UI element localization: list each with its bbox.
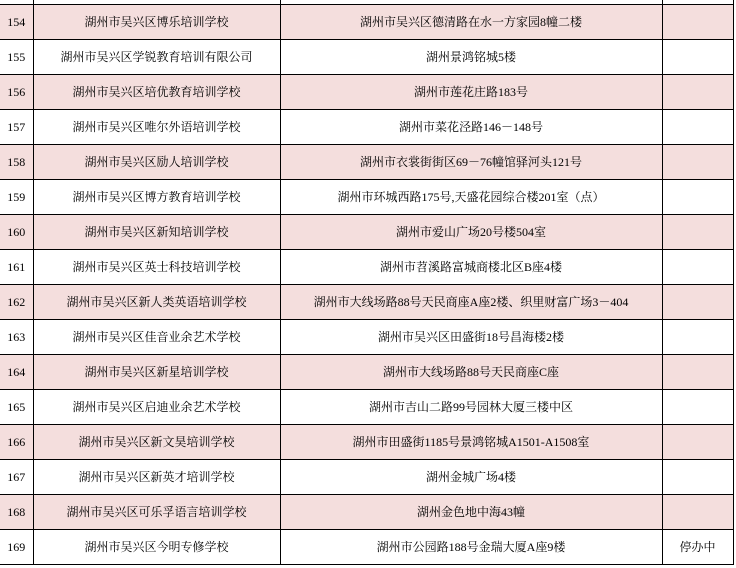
school-name-cell: 湖州市吴兴区学锐教育培训有限公司 [33, 40, 280, 75]
row-number-cell: 164 [0, 355, 33, 390]
row-number-cell: 168 [0, 495, 33, 530]
status-cell [662, 390, 733, 425]
row-number-cell: 166 [0, 425, 33, 460]
address-cell: 湖州市吴兴区德清路在水一方家园8幢二楼 [280, 5, 662, 40]
table-row: 168湖州市吴兴区可乐孚语言培训学校湖州金色地中海43幢 [0, 495, 733, 530]
address-cell: 湖州市苕溪路富城商楼北区B座4楼 [280, 250, 662, 285]
address-cell: 湖州金色地中海43幢 [280, 495, 662, 530]
table-row: 160湖州市吴兴区新知培训学校湖州市爱山广场20号楼504室 [0, 215, 733, 250]
status-cell [662, 5, 733, 40]
address-cell: 湖州市莲花庄路183号 [280, 75, 662, 110]
school-name-cell: 湖州市吴兴区唯尔外语培训学校 [33, 110, 280, 145]
table-row: 157湖州市吴兴区唯尔外语培训学校湖州市菜花泾路146－148号 [0, 110, 733, 145]
school-name-cell: 湖州市吴兴区新星培训学校 [33, 355, 280, 390]
table-row: 159湖州市吴兴区博方教育培训学校湖州市环城西路175号,天盛花园综合楼201室… [0, 180, 733, 215]
table-row: 156湖州市吴兴区培优教育培训学校湖州市莲花庄路183号 [0, 75, 733, 110]
status-cell [662, 40, 733, 75]
school-name-cell: 湖州市吴兴区励人培训学校 [33, 145, 280, 180]
school-name-cell: 湖州市吴兴区新知培训学校 [33, 215, 280, 250]
address-cell: 湖州市田盛街1185号景鸿铭城A1501-A1508室 [280, 425, 662, 460]
table-row: 165湖州市吴兴区启迪业余艺术学校湖州市吉山二路99号园林大厦三楼中区 [0, 390, 733, 425]
school-name-cell: 湖州市吴兴区可乐孚语言培训学校 [33, 495, 280, 530]
row-number-cell: 155 [0, 40, 33, 75]
status-cell [662, 460, 733, 495]
table-row: 154湖州市吴兴区博乐培训学校湖州市吴兴区德清路在水一方家园8幢二楼 [0, 5, 733, 40]
school-name-cell: 湖州市吴兴区新英才培训学校 [33, 460, 280, 495]
row-number-cell: 162 [0, 285, 33, 320]
status-cell [662, 145, 733, 180]
address-cell: 湖州市吉山二路99号园林大厦三楼中区 [280, 390, 662, 425]
row-number-cell: 169 [0, 530, 33, 565]
address-cell: 湖州市衣裳街街区69－76幢馆驿河头121号 [280, 145, 662, 180]
table-body: 154湖州市吴兴区博乐培训学校湖州市吴兴区德清路在水一方家园8幢二楼155湖州市… [0, 0, 733, 565]
status-cell [662, 355, 733, 390]
school-name-cell: 湖州市吴兴区博乐培训学校 [33, 5, 280, 40]
table-row: 164湖州市吴兴区新星培训学校湖州市大线场路88号天民商座C座 [0, 355, 733, 390]
status-cell [662, 215, 733, 250]
address-cell: 湖州市公园路188号金瑞大厦A座9楼 [280, 530, 662, 565]
table-row: 162湖州市吴兴区新人类英语培训学校湖州市大线场路88号天民商座A座2楼、织里财… [0, 285, 733, 320]
address-cell: 湖州市菜花泾路146－148号 [280, 110, 662, 145]
address-cell: 湖州景鸿铭城5楼 [280, 40, 662, 75]
address-cell: 湖州市大线场路88号天民商座A座2楼、织里财富广场3－404 [280, 285, 662, 320]
row-number-cell: 163 [0, 320, 33, 355]
table-row: 161湖州市吴兴区英士科技培训学校湖州市苕溪路富城商楼北区B座4楼 [0, 250, 733, 285]
school-list-table-wrap: 154湖州市吴兴区博乐培训学校湖州市吴兴区德清路在水一方家园8幢二楼155湖州市… [0, 0, 733, 565]
table-row: 163湖州市吴兴区佳音业余艺术学校湖州市吴兴区田盛街18号昌海楼2楼 [0, 320, 733, 355]
row-number-cell: 161 [0, 250, 33, 285]
table-row: 166湖州市吴兴区新文昊培训学校湖州市田盛街1185号景鸿铭城A1501-A15… [0, 425, 733, 460]
row-number-cell: 154 [0, 5, 33, 40]
status-cell [662, 75, 733, 110]
status-cell [662, 250, 733, 285]
address-cell: 湖州市吴兴区田盛街18号昌海楼2楼 [280, 320, 662, 355]
address-cell: 湖州市环城西路175号,天盛花园综合楼201室（点） [280, 180, 662, 215]
school-name-cell: 湖州市吴兴区博方教育培训学校 [33, 180, 280, 215]
school-name-cell: 湖州市吴兴区新文昊培训学校 [33, 425, 280, 460]
status-cell [662, 285, 733, 320]
row-number-cell: 158 [0, 145, 33, 180]
table-row: 155湖州市吴兴区学锐教育培训有限公司湖州景鸿铭城5楼 [0, 40, 733, 75]
status-cell [662, 110, 733, 145]
school-name-cell: 湖州市吴兴区英士科技培训学校 [33, 250, 280, 285]
school-name-cell: 湖州市吴兴区佳音业余艺术学校 [33, 320, 280, 355]
status-cell [662, 495, 733, 530]
row-number-cell: 165 [0, 390, 33, 425]
school-name-cell: 湖州市吴兴区启迪业余艺术学校 [33, 390, 280, 425]
table-row: 158湖州市吴兴区励人培训学校湖州市衣裳街街区69－76幢馆驿河头121号 [0, 145, 733, 180]
school-name-cell: 湖州市吴兴区新人类英语培训学校 [33, 285, 280, 320]
address-cell: 湖州市爱山广场20号楼504室 [280, 215, 662, 250]
row-number-cell: 157 [0, 110, 33, 145]
address-cell: 湖州金城广场4楼 [280, 460, 662, 495]
school-list-table: 154湖州市吴兴区博乐培训学校湖州市吴兴区德清路在水一方家园8幢二楼155湖州市… [0, 0, 734, 565]
status-cell: 停办中 [662, 530, 733, 565]
school-name-cell: 湖州市吴兴区培优教育培训学校 [33, 75, 280, 110]
table-row: 169湖州市吴兴区今明专修学校湖州市公园路188号金瑞大厦A座9楼停办中 [0, 530, 733, 565]
table-row: 167湖州市吴兴区新英才培训学校湖州金城广场4楼 [0, 460, 733, 495]
row-number-cell: 159 [0, 180, 33, 215]
row-number-cell: 160 [0, 215, 33, 250]
status-cell [662, 320, 733, 355]
school-name-cell: 湖州市吴兴区今明专修学校 [33, 530, 280, 565]
status-cell [662, 180, 733, 215]
address-cell: 湖州市大线场路88号天民商座C座 [280, 355, 662, 390]
status-cell [662, 425, 733, 460]
row-number-cell: 167 [0, 460, 33, 495]
row-number-cell: 156 [0, 75, 33, 110]
